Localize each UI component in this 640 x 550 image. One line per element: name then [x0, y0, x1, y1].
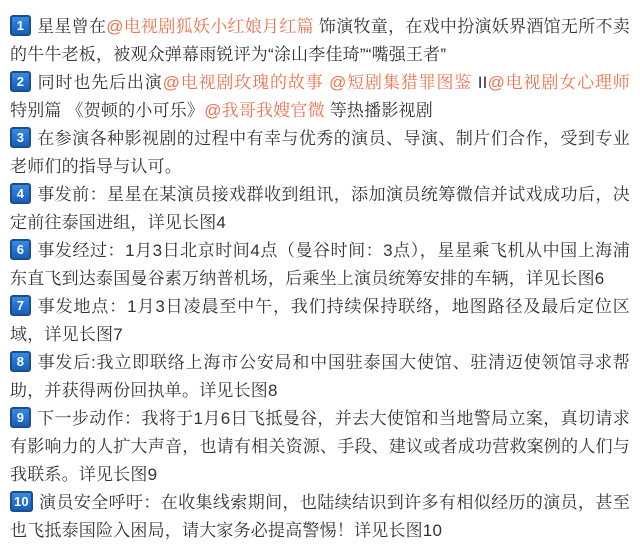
item-text: 演员安全呼吁：在收集线索期间，也陆续结识到许多有相似经历的演员，甚至也飞抵泰国险… [10, 493, 630, 540]
item-text: 特别篇 《贺顿的小可乐》 [10, 101, 204, 120]
list-item: 8事发后:我立即联络上海市公安局和中国驻泰国大使馆、驻清迈使领馆寻求帮助，并获得… [10, 349, 630, 405]
item-number-badge: 10 [10, 491, 33, 512]
list-item: 2同时也先后出演@电视剧玫瑰的故事 @短剧集猎罪图鉴 II@电视剧女心理师 特别… [10, 69, 630, 125]
item-text: 星星曾在 [37, 17, 106, 36]
post-body: 1星星曾在@电视剧狐妖小红娘月红篇 饰演牧童，在戏中扮演妖界酒馆无所不卖的牛牛老… [0, 0, 640, 545]
list-item: 1星星曾在@电视剧狐妖小红娘月红篇 饰演牧童，在戏中扮演妖界酒馆无所不卖的牛牛老… [10, 13, 630, 69]
mention-link[interactable]: @电视剧狐妖小红娘月红篇 [106, 17, 314, 36]
item-text: 同时也先后出演 [37, 73, 163, 92]
item-number-badge: 4 [10, 183, 31, 204]
item-text: 事发地点：1月3日凌晨至中午，我们持续保持联络，地图路径及最后定位区域，详见长图… [10, 297, 630, 344]
item-number-badge: 3 [10, 127, 31, 148]
item-text: II [472, 73, 487, 92]
item-number-badge: 7 [10, 295, 31, 316]
list-item: 6事发经过：1月3日北京时间4点（曼谷时间：3点），星星乘飞机从中国上海浦东直飞… [10, 237, 630, 293]
item-number-badge: 6 [10, 239, 31, 260]
list-item: 4事发前：星星在某演员接戏群收到组讯，添加演员统筹微信并试戏成功后，决定前往泰国… [10, 181, 630, 237]
item-number-badge: 9 [10, 407, 31, 428]
list-item: 3在参演各种影视剧的过程中有幸与优秀的演员、导演、制片们合作，受到专业老师们的指… [10, 125, 630, 181]
item-text: 下一步动作：我将于1月6日飞抵曼谷，并去大使馆和当地警局立案，真切请求有影响力的… [10, 409, 630, 484]
item-text: 等热播影视剧 [325, 101, 433, 120]
item-text: 事发前：星星在某演员接戏群收到组讯，添加演员统筹微信并试戏成功后，决定前往泰国进… [10, 185, 630, 232]
item-number-badge: 8 [10, 351, 31, 372]
item-text: 事发经过：1月3日北京时间4点（曼谷时间：3点），星星乘飞机从中国上海浦东直飞到… [10, 241, 630, 288]
mention-link[interactable]: @电视剧女心理师 [488, 73, 630, 92]
item-text: 事发后:我立即联络上海市公安局和中国驻泰国大使馆、驻清迈使领馆寻求帮助，并获得两… [10, 353, 630, 400]
mention-link[interactable]: @我哥我嫂官微 [204, 101, 325, 120]
list-item: 7事发地点：1月3日凌晨至中午，我们持续保持联络，地图路径及最后定位区域，详见长… [10, 293, 630, 349]
mention-link[interactable]: @电视剧玫瑰的故事 [163, 73, 324, 92]
list-item: 10演员安全呼吁：在收集线索期间，也陆续结识到许多有相似经历的演员，甚至也飞抵泰… [10, 489, 630, 545]
list-item: 9下一步动作：我将于1月6日飞抵曼谷，并去大使馆和当地警局立案，真切请求有影响力… [10, 405, 630, 489]
item-text: 在参演各种影视剧的过程中有幸与优秀的演员、导演、制片们合作，受到专业老师们的指导… [10, 129, 630, 176]
mention-link[interactable]: @短剧集猎罪图鉴 [329, 73, 472, 92]
item-number-badge: 2 [10, 71, 31, 92]
item-number-badge: 1 [10, 15, 31, 36]
